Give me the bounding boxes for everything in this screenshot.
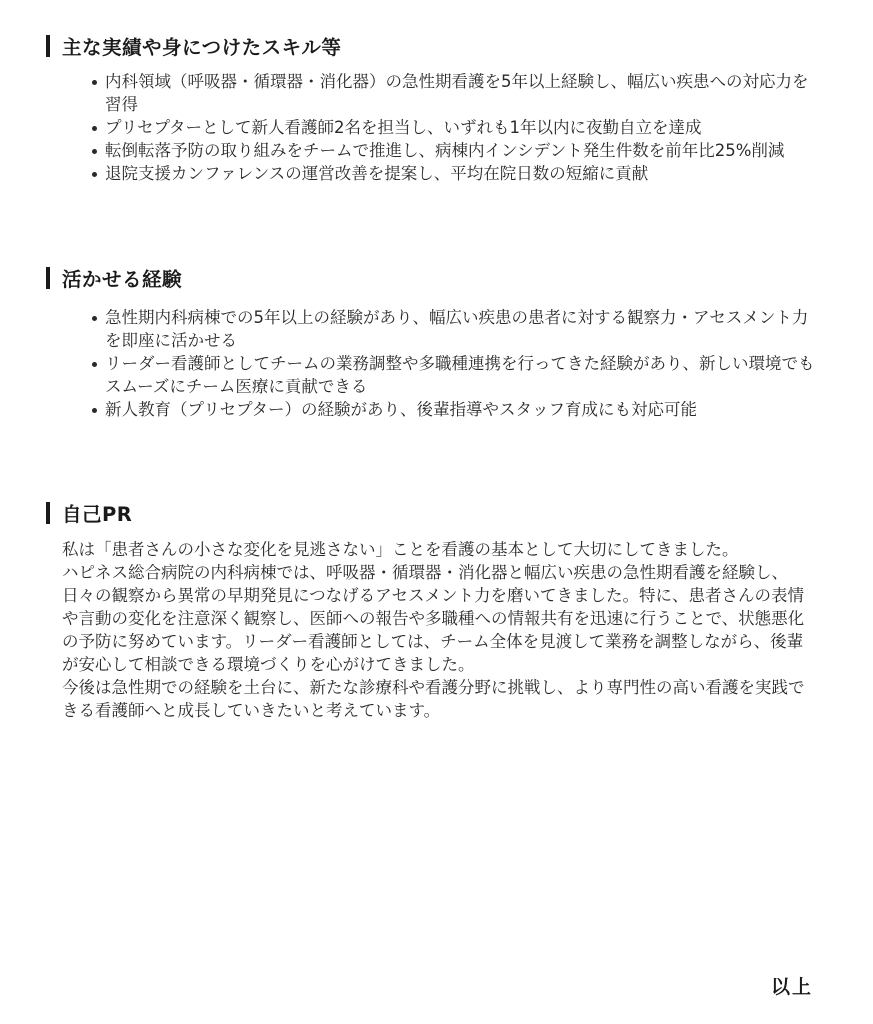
list-item: プリセプターとして新人看護師2名を担当し、いずれも1年以内に夜勤自立を達成: [46, 116, 815, 139]
list-item: リーダー看護師としてチームの業務調整や多職種連携を行ってきた経験があり、新しい環…: [46, 352, 815, 398]
section-experience: 活かせる経験 急性期内科病棟での5年以上の経験があり、幅広い疾患の患者に対する観…: [46, 265, 826, 421]
pr-paragraph: 私は「患者さんの小さな変化を見逃さない」ことを看護の基本として大切にしてきました…: [62, 538, 812, 561]
heading-bar-icon: [46, 35, 50, 57]
section-heading: 活かせる経験: [46, 265, 826, 291]
pr-paragraph: ハピネス総合病院の内科病棟では、呼吸器・循環器・消化器と幅広い疾患の急性期看護を…: [62, 561, 812, 676]
list-item: 転倒転落予防の取り組みをチームで推進し、病棟内インシデント発生件数を前年比25%…: [46, 139, 815, 162]
section-heading: 主な実績や身につけたスキル等: [46, 33, 826, 59]
heading-text: 活かせる経験: [62, 264, 182, 292]
heading-bar-icon: [46, 267, 50, 289]
self-pr-body: 私は「患者さんの小さな変化を見逃さない」ことを看護の基本として大切にしてきました…: [46, 538, 812, 722]
achievements-list: 内科領域（呼吸器・循環器・消化器）の急性期看護を5年以上経験し、幅広い疾患への対…: [46, 70, 826, 185]
resume-page: 主な実績や身につけたスキル等 内科領域（呼吸器・循環器・消化器）の急性期看護を5…: [0, 0, 873, 1024]
list-item: 内科領域（呼吸器・循環器・消化器）の急性期看護を5年以上経験し、幅広い疾患への対…: [46, 70, 815, 116]
list-item: 退院支援カンファレンスの運営改善を提案し、平均在院日数の短縮に貢献: [46, 162, 815, 185]
experience-list: 急性期内科病棟での5年以上の経験があり、幅広い疾患の患者に対する観察力・アセスメ…: [46, 306, 826, 421]
section-achievements: 主な実績や身につけたスキル等 内科領域（呼吸器・循環器・消化器）の急性期看護を5…: [46, 33, 826, 185]
section-heading: 自己PR: [46, 500, 826, 526]
list-item: 急性期内科病棟での5年以上の経験があり、幅広い疾患の患者に対する観察力・アセスメ…: [46, 306, 815, 352]
closing-text: 以上: [771, 972, 813, 999]
heading-bar-icon: [46, 502, 50, 524]
pr-paragraph: 今後は急性期での経験を土台に、新たな診療科や看護分野に挑戦し、より専門性の高い看…: [62, 676, 812, 722]
heading-text: 主な実績や身につけたスキル等: [62, 32, 341, 60]
heading-text: 自己PR: [62, 499, 132, 527]
list-item: 新人教育（プリセプター）の経験があり、後輩指導やスタッフ育成にも対応可能: [46, 398, 815, 421]
section-self-pr: 自己PR 私は「患者さんの小さな変化を見逃さない」ことを看護の基本として大切にし…: [46, 500, 826, 722]
